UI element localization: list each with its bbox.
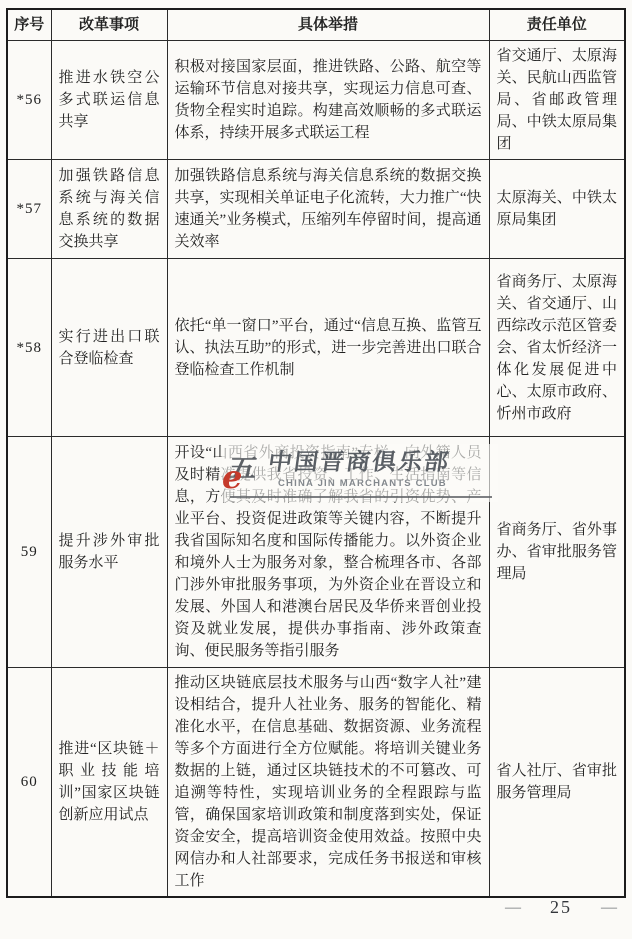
row-59-measures: 开设“山西省外商投资指南”专栏，向外籍人员及时精准提供我省投资、工作、生活指南等…	[167, 437, 489, 668]
row-58-item: 实行进出口联合登临检查	[51, 259, 167, 437]
table-row: 60 推进“区块链＋职业技能培训”国家区块链创新应用试点 推动区块链底层技术服务…	[7, 668, 625, 898]
row-59-item: 提升涉外审批服务水平	[51, 437, 167, 668]
page-number: — 25 —	[505, 897, 617, 918]
row-56-unit: 省交通厅、太原海关、民航山西监管局、省邮政管理局、中铁太原局集团	[489, 41, 625, 160]
row-60-number: 60	[7, 668, 51, 898]
page-number-right-dash: —	[601, 899, 617, 917]
row-60-item: 推进“区块链＋职业技能培训”国家区块链创新应用试点	[51, 668, 167, 898]
row-56-measures: 积极对接国家层面，推进铁路、公路、航空等运输环节信息对接共享，实现运力信息可查、…	[167, 41, 489, 160]
row-57-item: 加强铁路信息系统与海关信息系统的数据交换共享	[51, 160, 167, 259]
row-58-number: *58	[7, 259, 51, 437]
row-60-unit: 省人社厅、省审批服务管理局	[489, 668, 625, 898]
table-row: *56 推进水铁空公多式联运信息共享 积极对接国家层面，推进铁路、公路、航空等运…	[7, 41, 625, 160]
table-row: *58 实行进出口联合登临检查 依托“单一窗口”平台，通过“信息互换、监管互认、…	[7, 259, 625, 437]
row-57-measures: 加强铁路信息系统与海关信息系统的数据交换共享，实现相关单证电子化流转，大力推广“…	[167, 160, 489, 259]
row-56-number: *56	[7, 41, 51, 160]
row-59-number: 59	[7, 437, 51, 668]
page-number-left-dash: —	[505, 899, 521, 917]
page-number-value: 25	[550, 897, 572, 918]
reform-measures-table: 序号 改革事项 具体举措 责任单位 *56 推进水铁空公多式联运信息共享 积极对…	[6, 8, 626, 898]
header-specific-measures: 具体举措	[167, 9, 489, 41]
row-57-unit: 太原海关、中铁太原局集团	[489, 160, 625, 259]
header-serial-number: 序号	[7, 9, 51, 41]
row-56-item: 推进水铁空公多式联运信息共享	[51, 41, 167, 160]
table-header-row: 序号 改革事项 具体举措 责任单位	[7, 9, 625, 41]
row-58-unit: 省商务厅、太原海关、省交通厅、山西综改示范区管委会、省太忻经济一体化发展促进中心…	[489, 259, 625, 437]
header-reform-item: 改革事项	[51, 9, 167, 41]
row-60-measures: 推动区块链底层技术服务与山西“数字人社”建设相结合，提升人社业务、服务的智能化、…	[167, 668, 489, 898]
row-58-measures: 依托“单一窗口”平台，通过“信息互换、监管互认、执法互助”的形式，进一步完善进出…	[167, 259, 489, 437]
header-responsible-unit: 责任单位	[489, 9, 625, 41]
row-59-unit: 省商务厅、省外事办、省审批服务管理局	[489, 437, 625, 668]
table-row: *57 加强铁路信息系统与海关信息系统的数据交换共享 加强铁路信息系统与海关信息…	[7, 160, 625, 259]
document-page: 序号 改革事项 具体举措 责任单位 *56 推进水铁空公多式联运信息共享 积极对…	[0, 0, 632, 939]
row-57-number: *57	[7, 160, 51, 259]
table-row: 59 提升涉外审批服务水平 开设“山西省外商投资指南”专栏，向外籍人员及时精准提…	[7, 437, 625, 668]
